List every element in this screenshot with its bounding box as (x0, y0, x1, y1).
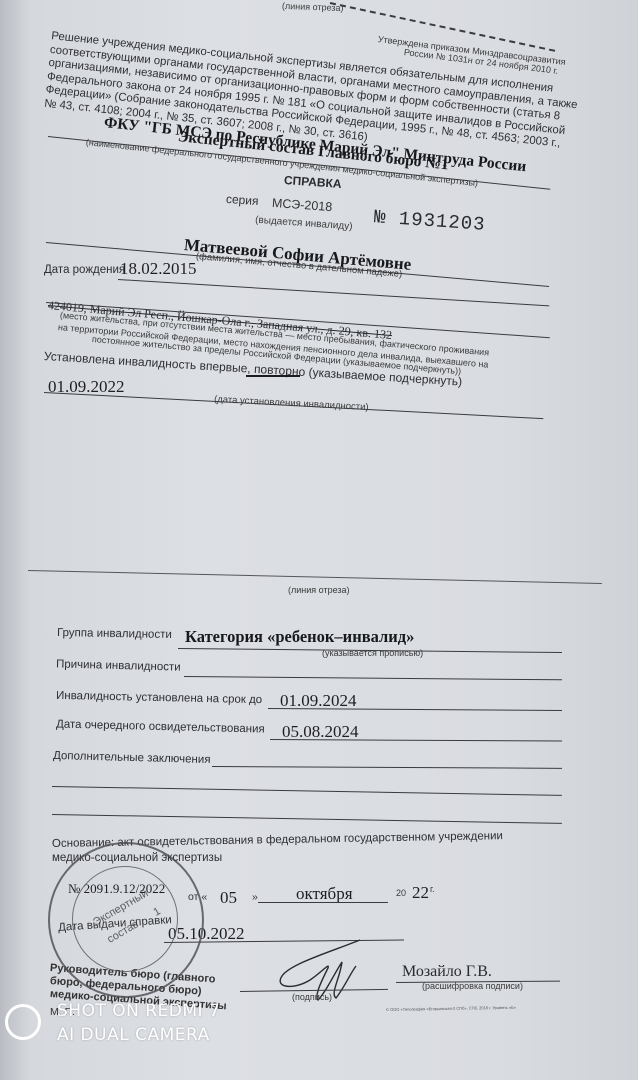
act-month: октября (296, 884, 353, 904)
act-year: 22 (412, 883, 429, 903)
series-value: МСЭ-2018 (272, 196, 333, 214)
cause-label: Причина инвалидности (56, 658, 181, 673)
term-label: Инвалидность установлена на срок до (56, 690, 262, 706)
cut-line-middle (28, 570, 602, 584)
group-value: Категория «ребенок–инвалид» (185, 627, 414, 647)
stamp-inner-ring (72, 866, 178, 972)
act-month-underline (258, 902, 388, 903)
signature-caption: (подпись) (292, 992, 332, 1002)
series-label: серия (226, 192, 259, 208)
issued-to: (выдается инвалиду) (255, 215, 353, 233)
camera-watermark-circle-icon (5, 1004, 41, 1040)
act-year-suffix: г. (430, 884, 435, 894)
birth-date-label: Дата рождения (44, 264, 125, 276)
group-caption: (указывается прописью) (322, 648, 423, 658)
birth-date-value: 18.02.2015 (120, 259, 197, 279)
printer-note: © ООО «Типография «Егорьевская-2 СПб», С… (386, 1005, 516, 1012)
signer-caption: (расшифровка подписи) (422, 981, 523, 991)
act-year-prefix: 20 (396, 888, 406, 898)
additional-underline-2 (52, 786, 562, 796)
act-day: 05 (220, 888, 237, 908)
camera-watermark-line1: SHOT ON REDMI 7 (57, 1001, 220, 1021)
document-title: СПРАВКА (284, 173, 342, 191)
camera-watermark-line2: AI DUAL CAMERA (57, 1025, 210, 1045)
official-stamp: Экспертный состав 1 (48, 842, 204, 998)
signer-name: Мозайло Г.В. (402, 963, 492, 981)
additional-underline-1 (212, 766, 562, 769)
group-label: Группа инвалидности (57, 627, 172, 641)
cut-line-label-middle: (линия отреза) (288, 585, 350, 595)
document-page: (линия отреза) Утверждена приказом Минзд… (0, 0, 638, 1080)
additional-underline-3 (52, 814, 562, 824)
next-exam-label: Дата очередного освидетельствования (56, 718, 265, 735)
repeated-underline-mark (246, 375, 300, 377)
certificate-number: № 1931203 (373, 206, 486, 236)
cut-line-label-top: (линия отреза) (282, 1, 344, 13)
birth-date-underline (118, 279, 549, 306)
established-date-caption: (дата установления инвалидности) (214, 394, 369, 413)
additional-label: Дополнительные заключения (53, 750, 211, 766)
act-day-close: » (252, 891, 258, 903)
cause-underline (184, 676, 562, 680)
